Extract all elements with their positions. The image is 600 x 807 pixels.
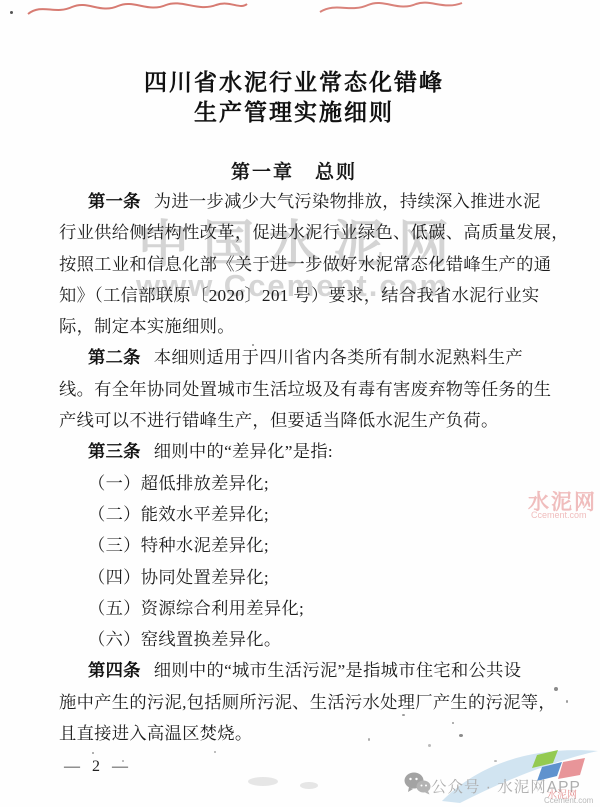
article2-line2: 线。有全年协同处置城市生活垃圾及有毒有害废弃物等任务的生 — [59, 374, 549, 405]
article1-line3: 按照工业和信息化部《关于进一步做好水泥常态化错峰生产的通 — [59, 249, 549, 280]
article1-line4: 知》（工信部联原〔2020〕201 号）要求，结合我省水泥行业实 — [59, 280, 549, 311]
list-item-6: （六）窑线置换差异化。 — [59, 624, 549, 655]
article4-line1: 第四条细则中的“城市生活污泥”是指城市住宅和公共设 — [59, 655, 549, 686]
page-number: — 2 — — [64, 758, 132, 776]
scanned-document-page: 中国水泥网 www.Ccement.com 水泥网 Ccement.com 四川… — [0, 0, 600, 807]
scan-speck — [566, 700, 568, 703]
scan-speck — [214, 751, 216, 753]
article1-line5: 际，制定本实施细则。 — [59, 311, 549, 342]
article1-line1: 第一条为进一步减少大气污染物排放，持续深入推进水泥 — [59, 186, 549, 217]
list-item-1: （一）超低排放差异化; — [59, 468, 549, 499]
article1-line2: 行业供给侧结构性改革，促进水泥行业绿色、低碳、高质量发展， — [59, 217, 549, 248]
article3-number: 第三条 — [88, 442, 141, 461]
wechat-icon — [404, 772, 431, 795]
doc-title-line2: 生产管理实施细则 — [0, 94, 594, 127]
scan-smudge — [300, 782, 318, 789]
scan-speck — [554, 687, 558, 691]
article2-text: 本细则适用于四川省内各类所有制水泥熟料生产 — [154, 348, 523, 367]
article4-number: 第四条 — [88, 661, 141, 680]
article1-text: 为进一步减少大气污染物排放，持续深入推进水泥 — [154, 192, 541, 211]
list-item-3: （三）特种水泥差异化; — [59, 530, 549, 561]
list-item-2: （二）能效水平差异化; — [59, 499, 549, 530]
list-item-5: （五）资源综合利用差异化; — [59, 593, 549, 624]
article3-text: 细则中的“差异化”是指: — [154, 442, 333, 461]
article2-number: 第二条 — [88, 348, 141, 367]
logo-small-url: Ccement.com — [544, 796, 593, 805]
scan-speck — [92, 752, 94, 754]
scan-smudge — [248, 777, 278, 786]
article4-text: 细则中的“城市生活污泥”是指城市住宅和公共设 — [154, 661, 522, 680]
article4-line2: 施中产生的污泥,包括厕所污泥、生活污水处理厂产生的污泥等， — [59, 687, 549, 718]
list-item-4: （四）协同处置差异化; — [59, 562, 549, 593]
doc-title-line1: 四川省水泥行业常态化错峰 — [0, 64, 594, 97]
chapter-heading: 第一章 总则 — [0, 157, 594, 184]
article2-line3: 产线可以不进行错峰生产，但要适当降低水泥生产负荷。 — [59, 405, 549, 436]
article1-number: 第一条 — [88, 192, 141, 211]
document-body: 第一条为进一步减少大气污染物排放，持续深入推进水泥 行业供给侧结构性改革，促进水… — [59, 186, 549, 749]
article4-line3: 且直接进入高温区焚烧。 — [59, 718, 549, 749]
red-scribble-marks — [0, 0, 600, 22]
article3-line1: 第三条细则中的“差异化”是指: — [59, 436, 549, 467]
article2-line1: 第二条本细则适用于四川省内各类所有制水泥熟料生产 — [59, 342, 549, 373]
